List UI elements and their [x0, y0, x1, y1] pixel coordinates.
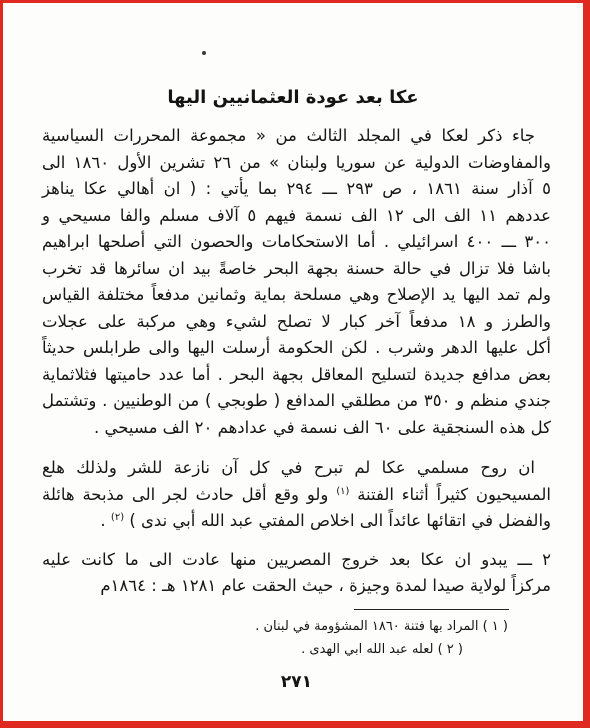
text-line: المسيحيون كثيراً أثناء الفتنة (١) ولو وق… [42, 482, 551, 509]
text-line: كل هذه السنجقية على ٦٠ الف نسمة في عداده… [42, 415, 551, 442]
footnote-marker-1: (١) [336, 486, 349, 497]
text-line: ٣٠٠ ـــ ٤٠٠ اسرائيلي . أما الاستحكامات و… [42, 229, 551, 256]
text-line: والمفاوضات الدولية عن سوريا ولبنان » من … [42, 150, 551, 177]
footnote-separator-rule [354, 609, 509, 610]
text-segment: . [100, 511, 111, 530]
footnote-2: ( ٢ ) لعله عبد الله ابي الهدى . [83, 638, 551, 661]
scanned-book-page: عكا بعد عودة العثمانيين اليها جاء ذكر لع… [0, 0, 590, 728]
paragraph-2: ان روح مسلمي عكا لم تبرح في كل آن نازعة … [42, 455, 551, 535]
text-segment: والفضل في اتقائها عائداً الى اخلاص المفت… [124, 511, 551, 530]
text-line: جاء ذكر لعكا في المجلد الثالث من « مجموع… [42, 123, 551, 150]
text-line: باشا فلا تزال في حالة حسنة بجهة البحر خا… [42, 256, 551, 283]
footnote-1: ( ١ ) المراد بها فتنة ١٨٦٠ المشؤومة في ل… [83, 615, 551, 638]
text-line: مركزاً لولاية صيدا لمدة وجيزة ، حيث الحق… [42, 573, 551, 600]
text-line: والفضل في اتقائها عائداً الى اخلاص المفت… [42, 508, 551, 535]
text-line: جندي منظم و ٣٥٠ من مطلقي المدافع ( طوبجي… [42, 388, 551, 415]
text-line: والطرز و ١٨ مدفعاً آخر كبار لا تصلح لشيء… [42, 309, 551, 336]
text-line: عددهم ١١ الف الى ١٢ الف نسمة فيهم ٥ آلاف… [42, 203, 551, 230]
text-line: ٢ ـــ يبدو ان عكا بعد خروج المصريين منها… [42, 547, 551, 574]
scan-speck-artifact [202, 51, 206, 55]
text-column: جاء ذكر لعكا في المجلد الثالث من « مجموع… [3, 123, 583, 692]
page-number: ٢٧١ [42, 672, 551, 692]
text-line: ان روح مسلمي عكا لم تبرح في كل آن نازعة … [42, 455, 551, 482]
text-line: ولم تمد اليها يد الإصلاح وهي مسلحة بماية… [42, 282, 551, 309]
footnote-marker-2: (٢) [111, 512, 124, 523]
page-title: عكا بعد عودة العثمانيين اليها [3, 3, 583, 109]
text-line: بعض مدافع جديدة لتسليح المعاقل بجهة البح… [42, 362, 551, 389]
paragraph-1: جاء ذكر لعكا في المجلد الثالث من « مجموع… [42, 123, 551, 441]
text-segment: المسيحيون كثيراً أثناء الفتنة [349, 485, 551, 504]
paragraph-3: ٢ ـــ يبدو ان عكا بعد خروج المصريين منها… [42, 547, 551, 600]
text-segment: ولو وقع أقل حادث لجر الى مذبحة هائلة [42, 485, 336, 504]
text-line: ٥ آذار سنة ١٨٦١ ، ص ٢٩٣ ـــ ٢٩٤ بما يأتي… [42, 176, 551, 203]
footnotes-block: ( ١ ) المراد بها فتنة ١٨٦٠ المشؤومة في ل… [42, 615, 551, 661]
text-line: أكل عليها الدهر وشرب . لكن الحكومة أرسلت… [42, 335, 551, 362]
